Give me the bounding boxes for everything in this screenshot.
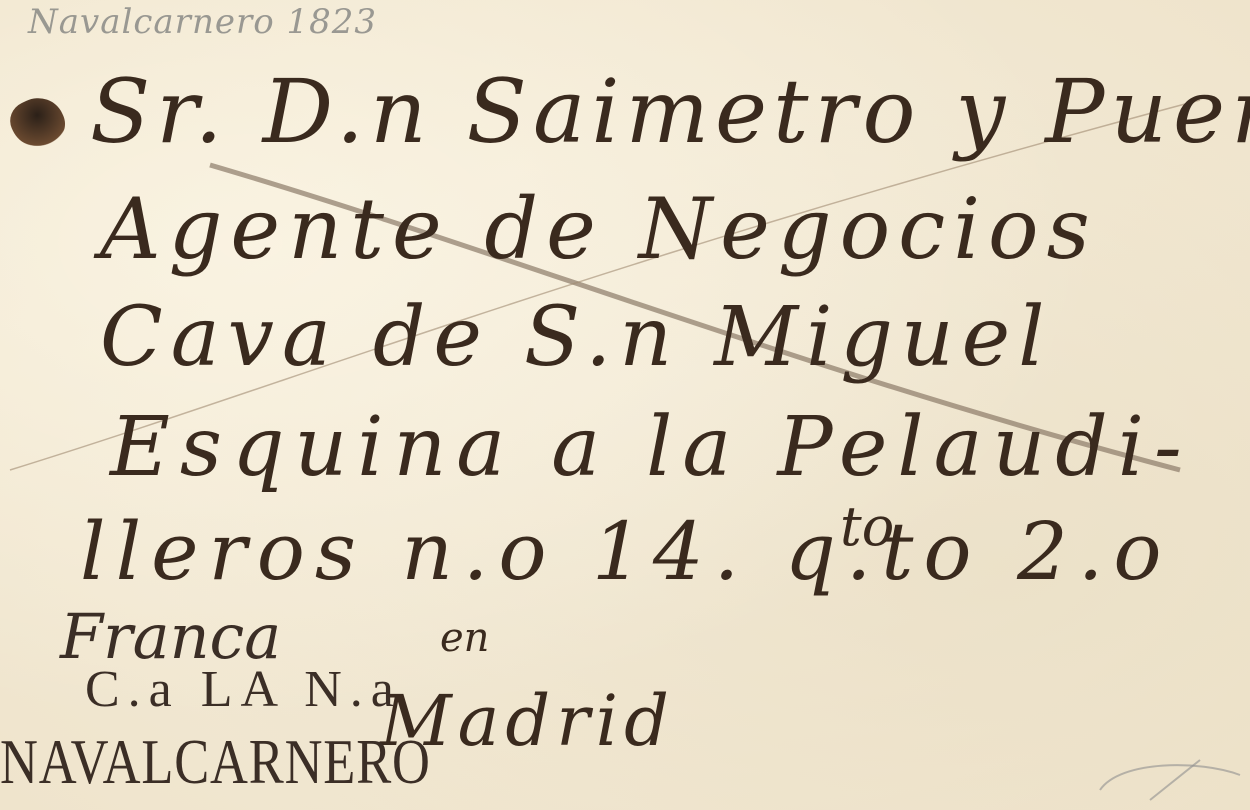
postal-marking-line2: NAVALCARNERO xyxy=(0,725,431,799)
address-line-4: Esquina a la Pelaudi- xyxy=(110,400,1192,495)
postal-marking-line1: C.a LA N.a xyxy=(85,660,402,719)
address-line-2: Agente de Negocios xyxy=(100,180,1098,278)
address-line-3: Cava de S.n Miguel xyxy=(100,290,1052,385)
superscript-note: to xyxy=(840,495,894,558)
address-line-1: Sr. D.n Saimetro y Puertos xyxy=(90,60,1250,163)
letter-cover: Navalcarnero 1823 Sr. D.n Saimetro y Pue… xyxy=(0,0,1250,810)
address-line-6: en xyxy=(440,615,489,661)
address-line-5: lleros n.o 14. q.to 2.o xyxy=(80,505,1171,598)
